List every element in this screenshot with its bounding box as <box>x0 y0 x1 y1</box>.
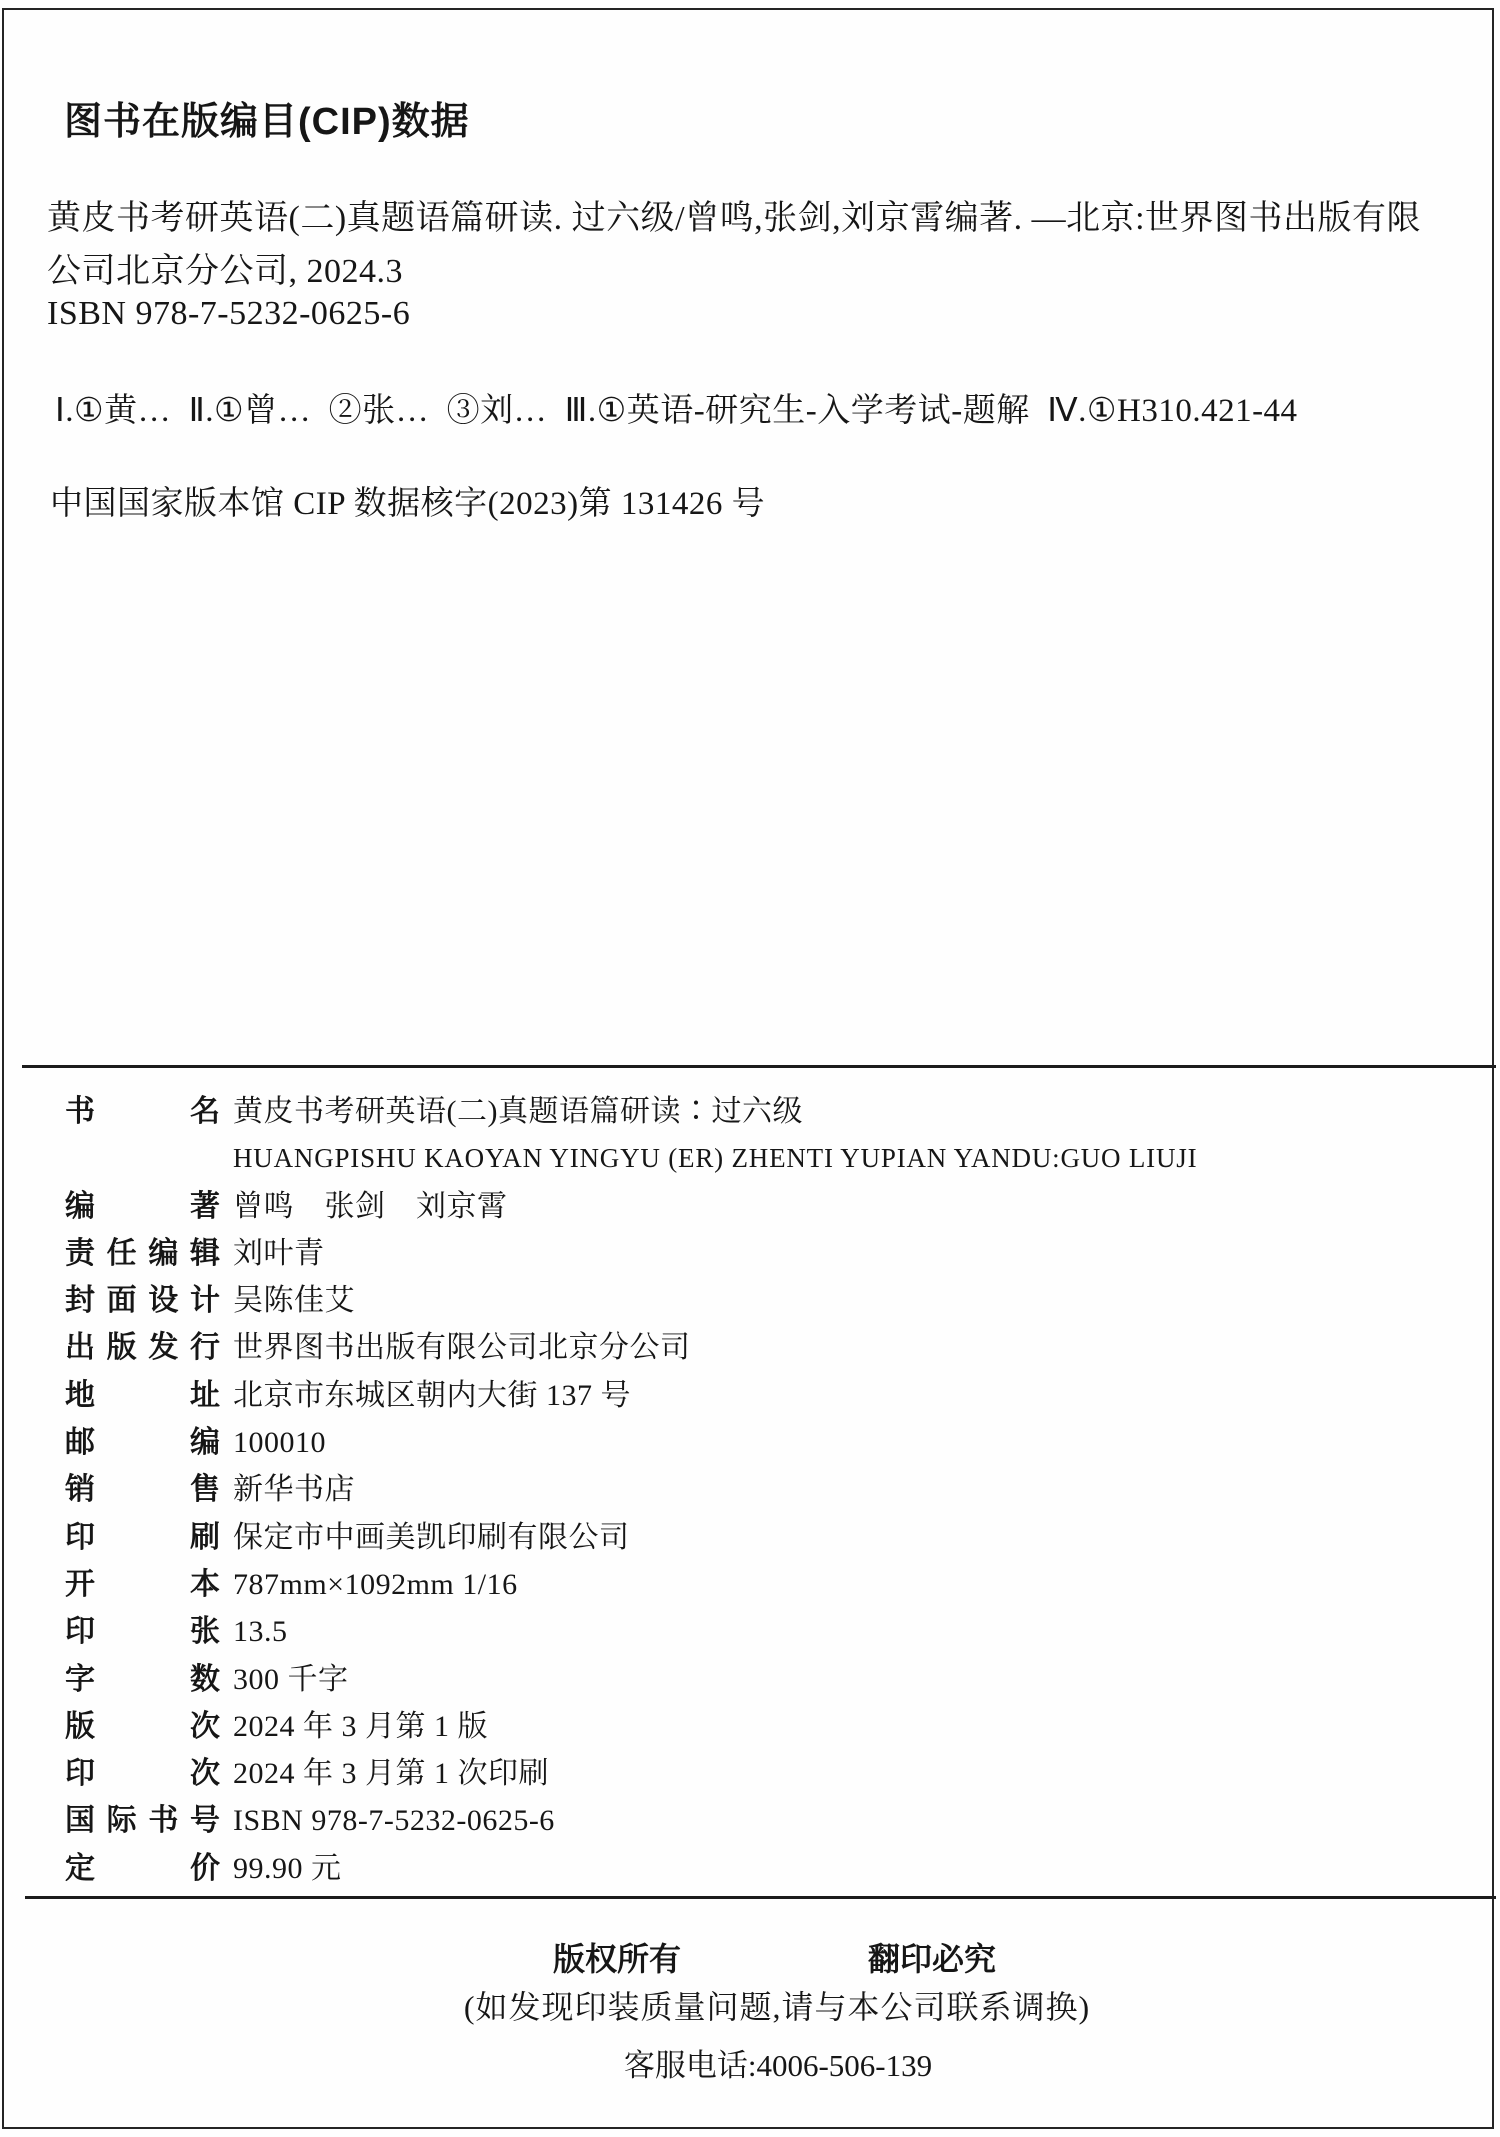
colophon-row: 版次2024 年 3 月第 1 版 <box>65 1703 1445 1750</box>
service-phone-line: 客服电话:4006-506-139 <box>28 2040 1500 2085</box>
colophon-row-label: 版次 <box>65 1703 220 1750</box>
divider-bottom <box>25 1896 1496 1899</box>
divider-top <box>22 1065 1496 1068</box>
colophon-rows: 书名黄皮书考研英语(二)真题语篇研读∶过六级HUANGPISHU KAOYAN … <box>65 1088 1445 1892</box>
colophon-row-label: 地址 <box>65 1372 220 1419</box>
colophon-row-label: 书名 <box>65 1088 220 1135</box>
cip-copyright-page: 图书在版编目(CIP)数据 黄皮书考研英语(二)真题语篇研读. 过六级/曾鸣,张… <box>0 0 1500 2137</box>
rights-reserved-text: 版权所有 <box>553 1934 681 1980</box>
colophon-row: 定价99.90 元 <box>65 1845 1445 1892</box>
colophon-row: HUANGPISHU KAOYAN YINGYU (ER) ZHENTI YUP… <box>65 1135 1445 1182</box>
colophon-row-value: HUANGPISHU KAOYAN YINGYU (ER) ZHENTI YUP… <box>233 1135 1197 1182</box>
colophon-row: 销售新华书店 <box>65 1466 1445 1513</box>
colophon-row-label: 开本 <box>65 1561 220 1608</box>
colophon-row-value: 300 千字 <box>233 1656 349 1703</box>
no-reprint-text: 翻印必究 <box>868 1934 996 1980</box>
colophon-row: 地址北京市东城区朝内大街 137 号 <box>65 1372 1445 1419</box>
colophon-row-label: 编著 <box>65 1183 220 1230</box>
colophon-row: 印张13.5 <box>65 1608 1445 1655</box>
cip-isbn-line: ISBN 978-7-5232-0625-6 <box>47 295 410 333</box>
copyright-notice-line: 版权所有 翻印必究 <box>0 1934 1500 1980</box>
colophon-row: 出版发行世界图书出版有限公司北京分公司 <box>65 1324 1445 1371</box>
colophon-row-label: 销售 <box>65 1466 220 1513</box>
colophon-row: 书名黄皮书考研英语(二)真题语篇研读∶过六级 <box>65 1088 1445 1135</box>
cip-classification-line: Ⅰ.①黄… Ⅱ.①曾… ②张… ③刘… Ⅲ.①英语-研究生-入学考试-题解 Ⅳ.… <box>55 384 1298 431</box>
colophon-row-label: 字数 <box>65 1656 220 1703</box>
cip-record-number-line: 中国国家版本馆 CIP 数据核字(2023)第 131426 号 <box>50 477 765 524</box>
colophon-row-value: 世界图书出版有限公司北京分公司 <box>233 1324 691 1371</box>
colophon-row-label: 国际书号 <box>65 1797 220 1844</box>
colophon-row-value: 100010 <box>233 1419 326 1466</box>
colophon-row-value: 曾鸣 张剑 刘京霄 <box>233 1183 508 1230</box>
colophon-row-label: 印刷 <box>65 1514 220 1561</box>
colophon-row-value: 2024 年 3 月第 1 版 <box>233 1703 488 1750</box>
colophon-row: 封面设计吴陈佳艾 <box>65 1277 1445 1324</box>
colophon-row-value: 新华书店 <box>233 1466 355 1513</box>
colophon-row-label: 印次 <box>65 1750 220 1797</box>
cip-entry-line-1: 黄皮书考研英语(二)真题语篇研读. 过六级/曾鸣,张剑,刘京霄编著. —北京:世… <box>47 190 1421 239</box>
colophon-row: 责任编辑刘叶青 <box>65 1230 1445 1277</box>
colophon-row-value: 2024 年 3 月第 1 次印刷 <box>233 1750 549 1797</box>
quality-exchange-note: (如发现印装质量问题,请与本公司联系调换) <box>27 1982 1500 2028</box>
cip-heading: 图书在版编目(CIP)数据 <box>64 90 470 145</box>
colophon-row-value: 吴陈佳艾 <box>233 1277 355 1324</box>
colophon-row-label: 印张 <box>65 1608 220 1655</box>
colophon-row: 印次2024 年 3 月第 1 次印刷 <box>65 1750 1445 1797</box>
colophon-row-value: 北京市东城区朝内大街 137 号 <box>233 1372 631 1419</box>
colophon-row-label: 封面设计 <box>65 1277 220 1324</box>
colophon-row: 开本787mm×1092mm 1/16 <box>65 1561 1445 1608</box>
cip-entry-line-2: 公司北京分公司, 2024.3 <box>47 243 403 292</box>
colophon-row-label: 责任编辑 <box>65 1230 220 1277</box>
colophon-row-label: 邮编 <box>65 1419 220 1466</box>
colophon-row-value: ISBN 978-7-5232-0625-6 <box>233 1797 555 1844</box>
colophon-row-value: 13.5 <box>233 1608 288 1655</box>
colophon-row-label: 出版发行 <box>65 1324 220 1371</box>
colophon-row-value: 保定市中画美凯印刷有限公司 <box>233 1514 630 1561</box>
colophon-row: 国际书号ISBN 978-7-5232-0625-6 <box>65 1797 1445 1844</box>
colophon-row-value: 黄皮书考研英语(二)真题语篇研读∶过六级 <box>233 1088 803 1135</box>
colophon-row: 邮编100010 <box>65 1419 1445 1466</box>
colophon-row: 字数300 千字 <box>65 1656 1445 1703</box>
colophon-row-value: 刘叶青 <box>233 1230 325 1277</box>
colophon-row-value: 99.90 元 <box>233 1845 342 1892</box>
colophon-row: 编著曾鸣 张剑 刘京霄 <box>65 1183 1445 1230</box>
colophon-row: 印刷保定市中画美凯印刷有限公司 <box>65 1514 1445 1561</box>
colophon-row-value: 787mm×1092mm 1/16 <box>233 1561 518 1608</box>
colophon-row-label: 定价 <box>65 1845 220 1892</box>
